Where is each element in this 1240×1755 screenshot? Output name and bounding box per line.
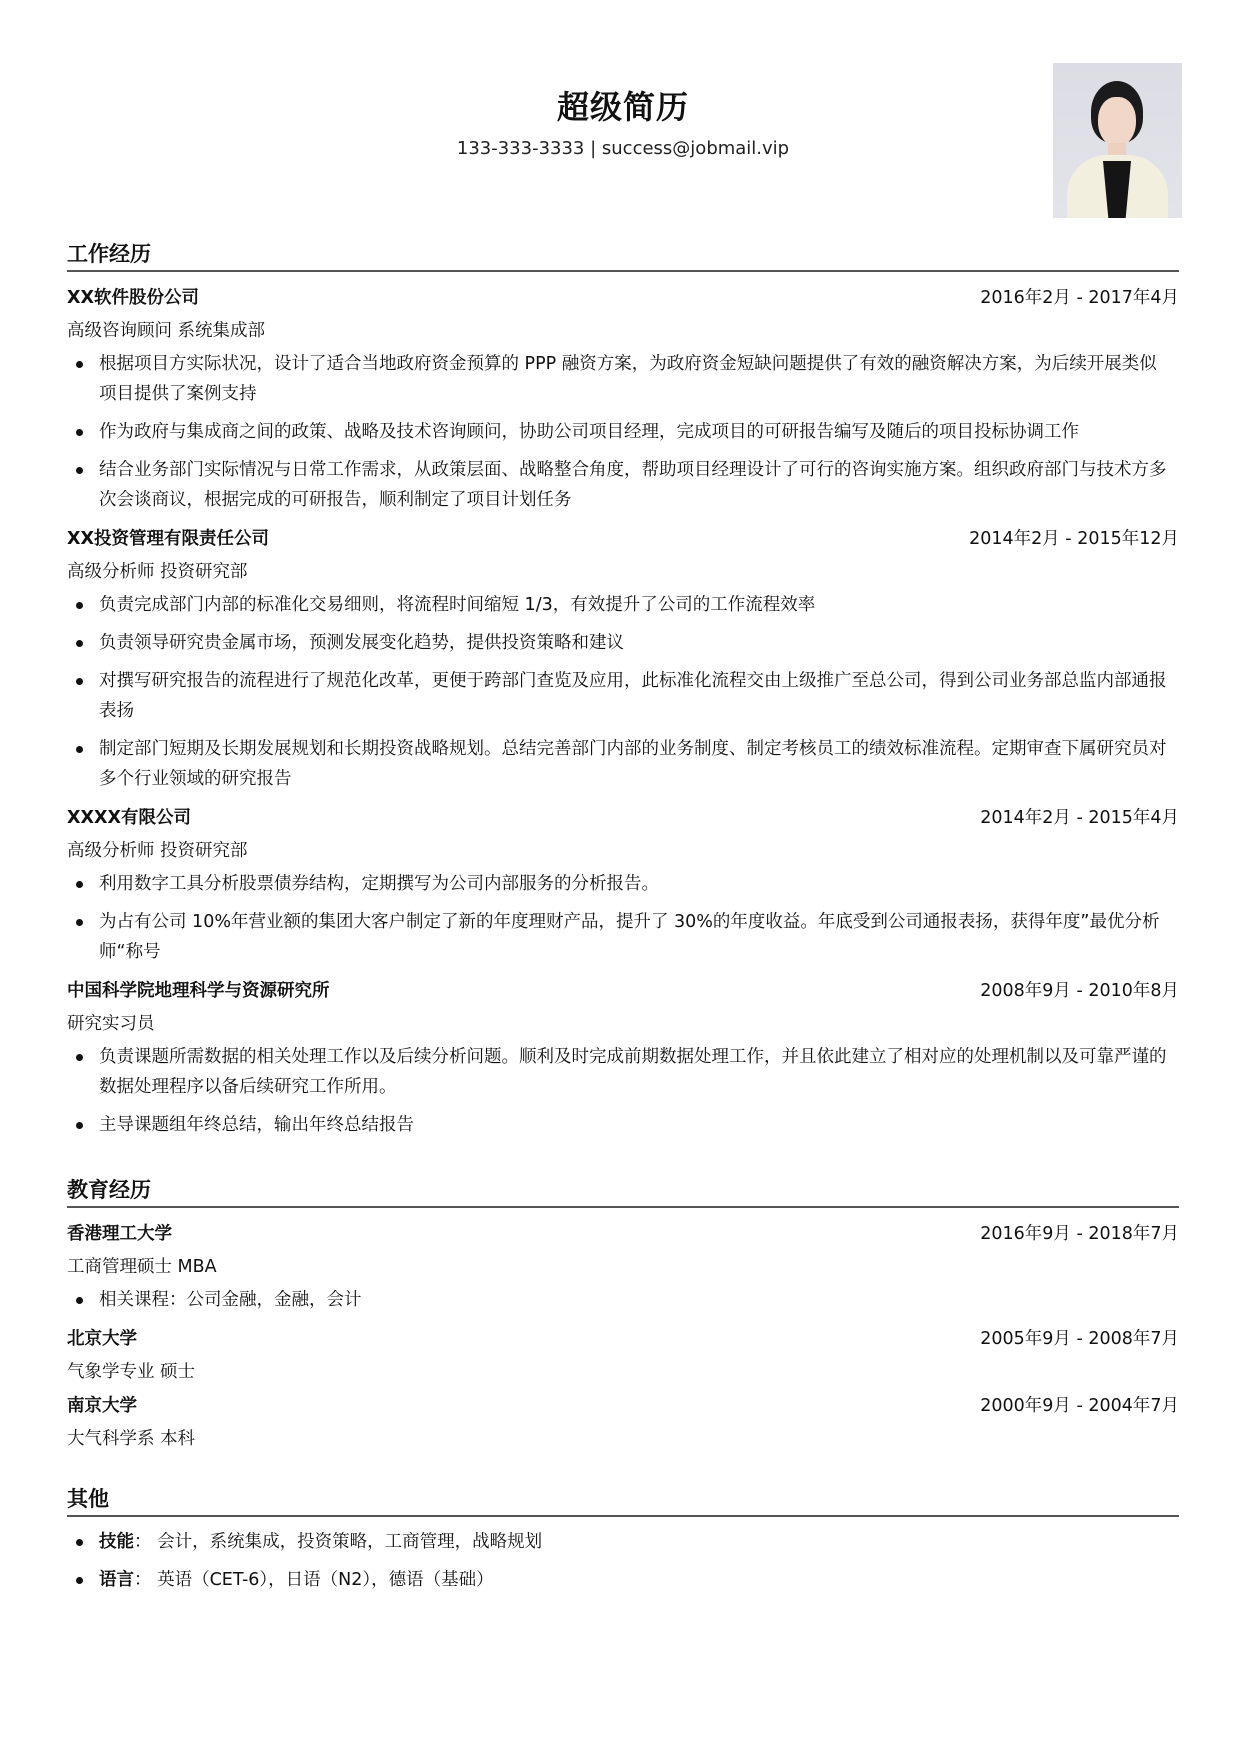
- list-item: 负责完成部门内部的标准化交易细则，将流程时间缩短 1/3，有效提升了公司的工作流…: [67, 590, 1179, 620]
- separator: ：: [134, 1532, 157, 1552]
- degree: 大气科学系 本科: [67, 1423, 1179, 1457]
- separator: ：: [134, 1570, 157, 1590]
- list-item: 技能： 会计，系统集成，投资策略，工商管理，战略规划: [67, 1527, 1179, 1557]
- section-title: 工作经历: [67, 230, 1179, 270]
- skills-value: 会计，系统集成，投资策略，工商管理，战略规划: [157, 1532, 542, 1552]
- section-divider: [67, 1515, 1179, 1517]
- bullet-list: 根据项目方实际状况，设计了适合当地政府资金预算的 PPP 融资方案，为政府资金短…: [67, 349, 1179, 515]
- list-item: 相关课程：公司金融，金融，会计: [67, 1285, 1179, 1315]
- work-entry: 中国科学院地理科学与资源研究所 2008年9月 - 2010年8月 研究实习员 …: [67, 975, 1179, 1140]
- date-range: 2014年2月 - 2015年12月: [969, 523, 1179, 556]
- company-name: 中国科学院地理科学与资源研究所: [67, 975, 330, 1008]
- date-range: 2014年2月 - 2015年4月: [980, 802, 1179, 835]
- resume-header: 超级简历 133-333-3333 | success@jobmail.vip: [67, 0, 1179, 230]
- resume-page: 超级简历 133-333-3333 | success@jobmail.vip …: [67, 0, 1179, 1603]
- contact-info: 133-333-3333 | success@jobmail.vip: [67, 138, 1179, 159]
- candidate-name: 超级简历: [67, 82, 1179, 128]
- bullet-list: 利用数字工具分析股票债券结构，定期撰写为公司内部服务的分析报告。 为占有公司 1…: [67, 869, 1179, 967]
- date-range: 2000年9月 - 2004年7月: [980, 1390, 1179, 1423]
- skills-label: 技能: [99, 1532, 134, 1552]
- school-name: 南京大学: [67, 1390, 137, 1423]
- degree: 气象学专业 硕士: [67, 1356, 1179, 1390]
- school-name: 北京大学: [67, 1323, 137, 1356]
- work-experience-section: 工作经历 XX软件股份公司 2016年2月 - 2017年4月 高级咨询顾问 系…: [67, 230, 1179, 1140]
- date-range: 2008年9月 - 2010年8月: [980, 975, 1179, 1008]
- degree: 工商管理硕士 MBA: [67, 1251, 1179, 1285]
- profile-photo: [1053, 63, 1182, 218]
- date-range: 2016年2月 - 2017年4月: [980, 282, 1179, 315]
- languages-value: 英语（CET-6），日语（N2），德语（基础）: [157, 1570, 494, 1590]
- languages-label: 语言: [99, 1570, 134, 1590]
- list-item: 利用数字工具分析股票债券结构，定期撰写为公司内部服务的分析报告。: [67, 869, 1179, 899]
- section-title: 其他: [67, 1475, 1179, 1515]
- list-item: 主导课题组年终总结，输出年终总结报告: [67, 1110, 1179, 1140]
- job-title: 研究实习员: [67, 1008, 1179, 1042]
- school-name: 香港理工大学: [67, 1218, 172, 1251]
- list-item: 负责领导研究贵金属市场，预测发展变化趋势，提供投资策略和建议: [67, 628, 1179, 658]
- job-title: 高级分析师 投资研究部: [67, 835, 1179, 869]
- bullet-list: 相关课程：公司金融，金融，会计: [67, 1285, 1179, 1315]
- education-entry: 南京大学 2000年9月 - 2004年7月 大气科学系 本科: [67, 1390, 1179, 1457]
- job-title: 高级咨询顾问 系统集成部: [67, 315, 1179, 349]
- company-name: XX软件股份公司: [67, 282, 199, 315]
- list-item: 制定部门短期及长期发展规划和长期投资战略规划。总结完善部门内部的业务制度、制定考…: [67, 734, 1179, 794]
- list-item: 负责课题所需数据的相关处理工作以及后续分析问题。顺利及时完成前期数据处理工作，并…: [67, 1042, 1179, 1102]
- work-entry: XXXX有限公司 2014年2月 - 2015年4月 高级分析师 投资研究部 利…: [67, 802, 1179, 967]
- bullet-list: 技能： 会计，系统集成，投资策略，工商管理，战略规划 语言： 英语（CET-6）…: [67, 1527, 1179, 1595]
- list-item: 作为政府与集成商之间的政策、战略及技术咨询顾问，协助公司项目经理，完成项目的可研…: [67, 417, 1179, 447]
- section-title: 教育经历: [67, 1166, 1179, 1206]
- list-item: 为占有公司 10%年营业额的集团大客户制定了新的年度理财产品，提升了 30%的年…: [67, 907, 1179, 967]
- bullet-list: 负责课题所需数据的相关处理工作以及后续分析问题。顺利及时完成前期数据处理工作，并…: [67, 1042, 1179, 1140]
- company-name: XX投资管理有限责任公司: [67, 523, 269, 556]
- education-entry: 香港理工大学 2016年9月 - 2018年7月 工商管理硕士 MBA 相关课程…: [67, 1218, 1179, 1315]
- bullet-list: 负责完成部门内部的标准化交易细则，将流程时间缩短 1/3，有效提升了公司的工作流…: [67, 590, 1179, 794]
- other-section: 其他 技能： 会计，系统集成，投资策略，工商管理，战略规划 语言： 英语（CET…: [67, 1475, 1179, 1595]
- date-range: 2016年9月 - 2018年7月: [980, 1218, 1179, 1251]
- list-item: 结合业务部门实际情况与日常工作需求，从政策层面、战略整合角度，帮助项目经理设计了…: [67, 455, 1179, 515]
- list-item: 对撰写研究报告的流程进行了规范化改革，更便于跨部门查览及应用，此标准化流程交由上…: [67, 666, 1179, 726]
- work-entry: XX软件股份公司 2016年2月 - 2017年4月 高级咨询顾问 系统集成部 …: [67, 282, 1179, 515]
- education-entry: 北京大学 2005年9月 - 2008年7月 气象学专业 硕士: [67, 1323, 1179, 1390]
- work-entry: XX投资管理有限责任公司 2014年2月 - 2015年12月 高级分析师 投资…: [67, 523, 1179, 794]
- list-item: 语言： 英语（CET-6），日语（N2），德语（基础）: [67, 1565, 1179, 1595]
- list-item: 根据项目方实际状况，设计了适合当地政府资金预算的 PPP 融资方案，为政府资金短…: [67, 349, 1179, 409]
- section-divider: [67, 270, 1179, 272]
- section-divider: [67, 1206, 1179, 1208]
- job-title: 高级分析师 投资研究部: [67, 556, 1179, 590]
- date-range: 2005年9月 - 2008年7月: [980, 1323, 1179, 1356]
- company-name: XXXX有限公司: [67, 802, 191, 835]
- education-section: 教育经历 香港理工大学 2016年9月 - 2018年7月 工商管理硕士 MBA…: [67, 1166, 1179, 1457]
- photo-face-shape: [1098, 97, 1136, 147]
